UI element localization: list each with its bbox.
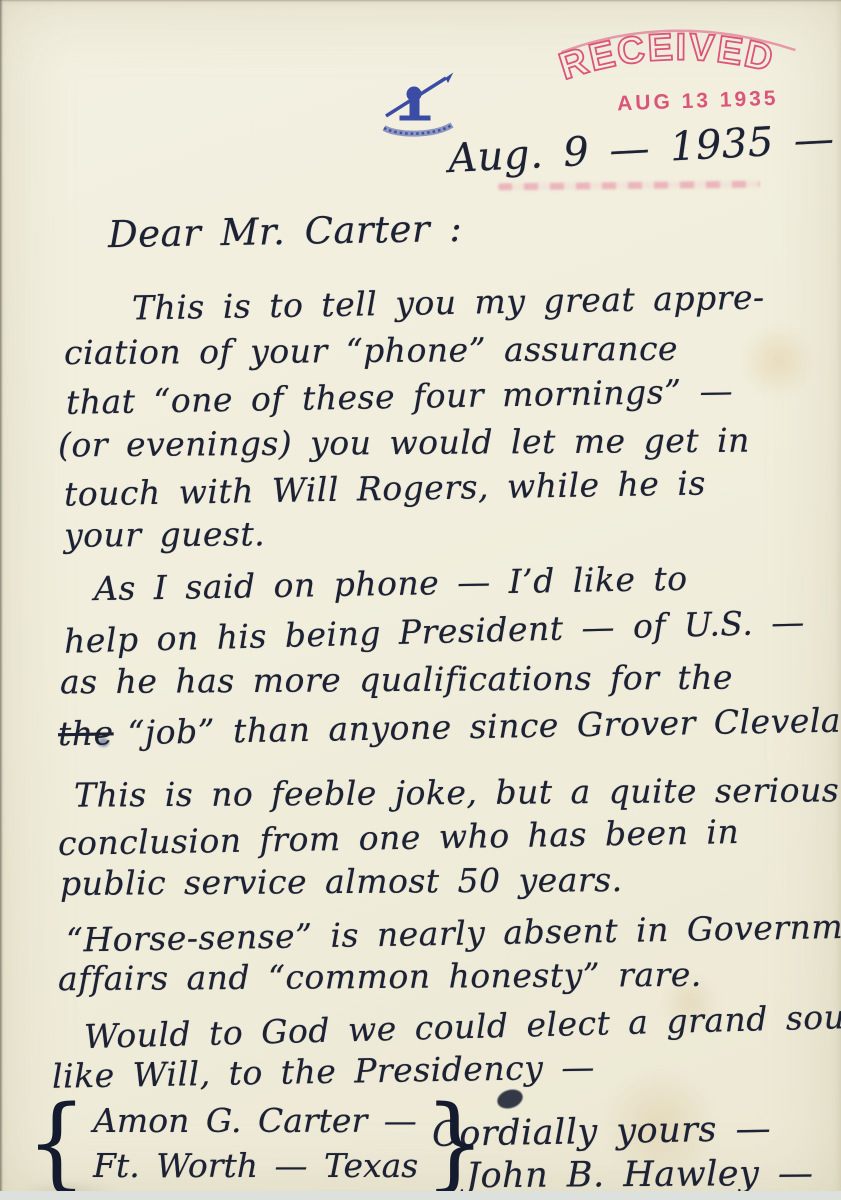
salutation: Dear Mr. Carter : xyxy=(108,207,463,256)
left-brace: { xyxy=(26,1098,87,1189)
right-brace: } xyxy=(424,1098,485,1189)
scan-edge-top xyxy=(0,0,841,2)
letter-line: touch with Will Rogers, while he is xyxy=(64,463,706,513)
letter-line: Would to God we could elect a grand soul xyxy=(84,997,841,1056)
letter-line: affairs and “common honesty” rare. xyxy=(58,955,702,998)
letter-line: This is to tell you my great appre- xyxy=(132,277,765,327)
letter-line: as he has more qualifications for the xyxy=(60,658,733,702)
received-stamp: RECEIVED AUG 13 1935 xyxy=(556,10,810,129)
letter-line: As I said on phone — I’d like to xyxy=(94,559,688,608)
letter-line: “Horse-sense” is nearly absent in Govern… xyxy=(66,905,841,959)
letter-line: (or evenings) you would let me get in xyxy=(58,421,750,465)
recipient-notation: { Amon G. Carter — Ft. Worth — Texas } xyxy=(26,1098,485,1188)
ink-blot xyxy=(495,1086,525,1111)
signature: John B. Hawley — xyxy=(466,1154,814,1196)
letter-line-text: “job” than anyone since Grover Cleveland… xyxy=(127,700,841,752)
letter-line: that “one of these four mornings” — xyxy=(66,371,734,422)
letter-sheet: RECEIVED AUG 13 1935 Aug. 9 — 1935 — Dea… xyxy=(0,0,841,1200)
letter-line: help on his being President — of U.S. — xyxy=(64,602,806,660)
recipient-name: Amon G. Carter — xyxy=(93,1098,418,1143)
paper-stain xyxy=(742,322,814,400)
stamp-ink-smudge xyxy=(498,181,760,191)
received-stamp-word: RECEIVED xyxy=(556,23,780,89)
received-stamp-date: AUG 13 1935 xyxy=(617,87,779,116)
letter-line: This is no feeble joke, but a quite seri… xyxy=(74,770,840,814)
letter-line: the“job” than anyone since Grover Clevel… xyxy=(58,700,841,754)
letter-line: ciation of your “phone” assurance xyxy=(64,329,678,372)
struck-word: the xyxy=(58,713,114,753)
letter-line: public service almost 50 years. xyxy=(60,860,623,903)
scan-edge-bottom xyxy=(0,1191,841,1200)
letter-date: Aug. 9 — 1935 — xyxy=(447,116,835,182)
scan-edge-left xyxy=(0,0,3,1200)
letter-line: conclusion from one who has been in xyxy=(58,812,740,863)
letter-line: your guest. xyxy=(64,514,265,554)
recipient-city: Ft. Worth — Texas xyxy=(93,1143,418,1188)
